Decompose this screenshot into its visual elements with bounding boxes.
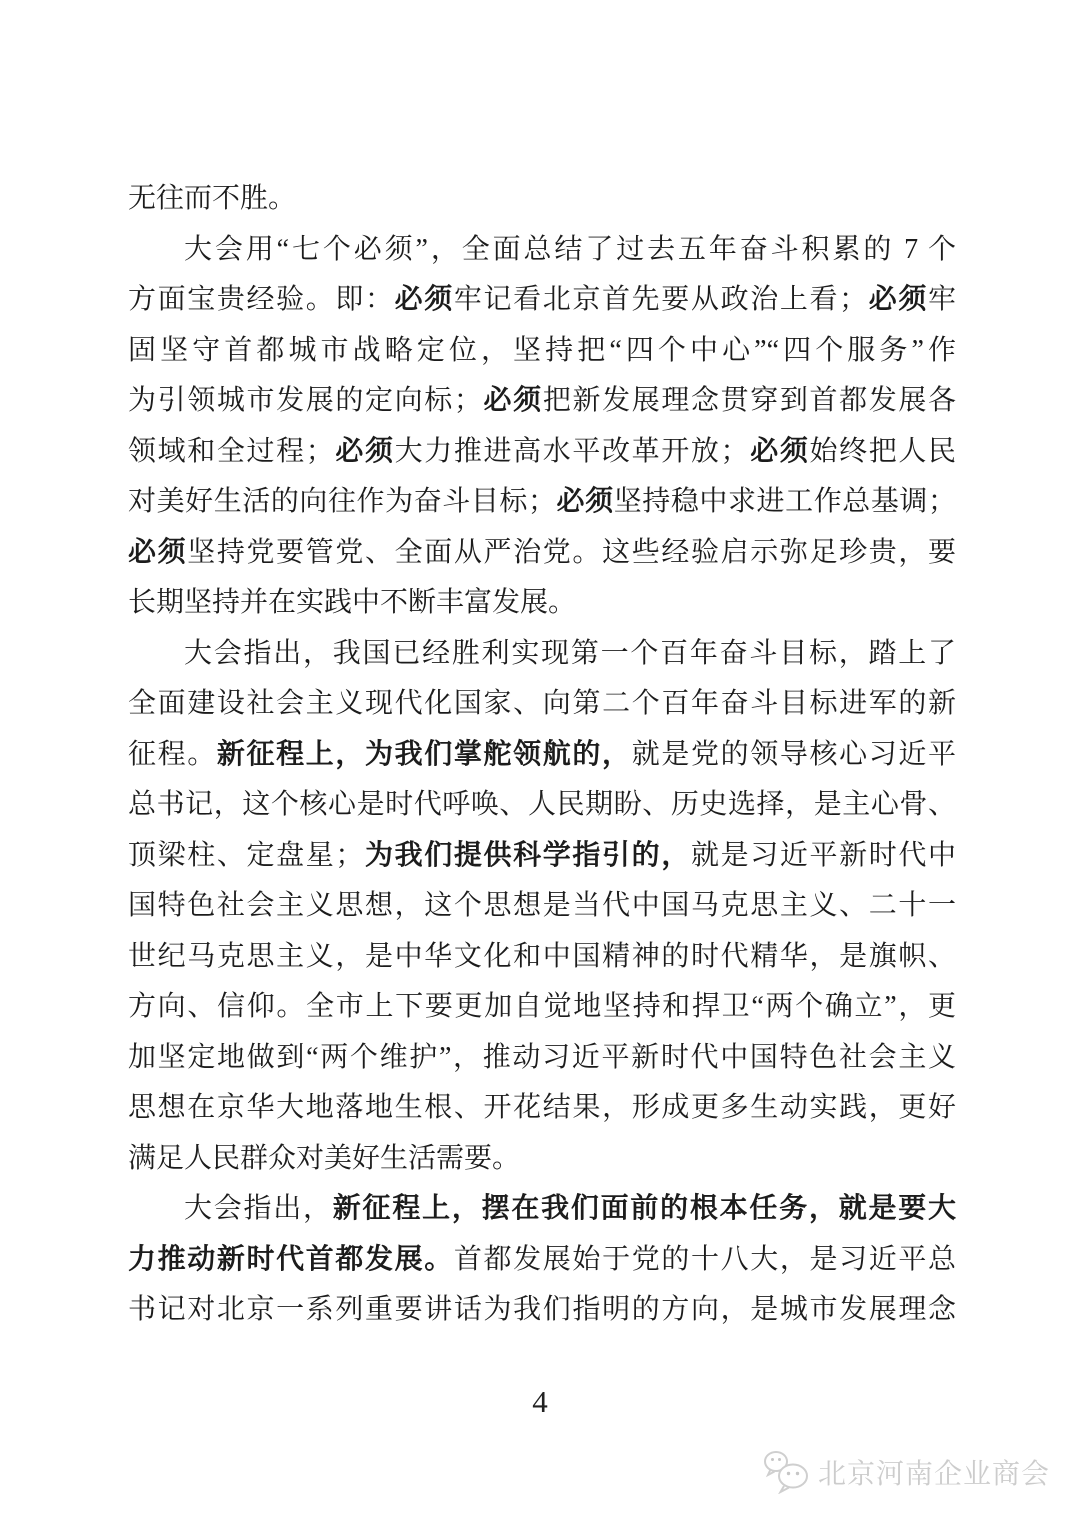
body-text: 方面宝贵经验。即： [128,284,395,315]
body-text: 把新发展理念贯穿到首都发展各 [543,385,956,416]
body-text: 牢 [928,284,956,315]
body-text: 全面建设社会主义现代化国家、向第二个百年奋斗目标进军的新 [128,688,956,719]
text-line: 世纪马克思主义，是中华文化和中国精神的时代精华，是旗帜、 [128,932,956,983]
body-text: 顶梁柱、定盘星； [128,840,363,871]
body-text: 领域和全过程； [128,436,334,467]
body-text: 牢记看北京首先要从政治上看； [454,284,867,315]
text-line: 征程。新征程上，为我们掌舵领航的，就是党的领导核心习近平 [128,730,956,781]
body-text: 无往而不胜。 [128,183,296,214]
body-text: 方向、信仰。全市上下要更加自觉地坚持和捍卫“两个确立”，更 [128,991,956,1022]
emphasis-text: 为我们提供科学指引的， [363,840,691,871]
body-text: 长期坚持并在实践中不断丰富发展。 [128,587,576,618]
body-text: 固坚守首都城市战略定位，坚持把“四个中心”“四个服务”作 [128,335,956,366]
body-text: 坚持稳中求进工作总基调； [614,486,956,517]
body-text: 思想在京华大地落地生根、开花结果，形成更多生动实践，更好 [128,1092,956,1123]
emphasis-text: 新征程上，为我们掌舵领航的， [217,739,632,770]
emphasis-text: 必须 [395,284,454,315]
document-page: 无往而不胜。大会用“七个必须”，全面总结了过去五年奋斗积累的 7 个方面宝贵经验… [0,0,1080,1527]
emphasis-text: 力推动新时代首都发展。 [128,1244,454,1275]
emphasis-text: 必须 [867,284,928,315]
body-text: 就是党的领导核心习近平 [632,739,956,770]
body-text: 满足人民群众对美好生活需要。 [128,1143,520,1174]
text-line: 加坚定地做到“两个维护”，推动习近平新时代中国特色社会主义 [128,1033,956,1084]
body-text: 始终把人民 [809,436,956,467]
text-line: 固坚守首都城市战略定位，坚持把“四个中心”“四个服务”作 [128,326,956,377]
watermark-label: 北京河南企业商会 [818,1452,1050,1492]
emphasis-text: 新征程上，摆在我们面前的根本任务，就是要大 [333,1193,956,1224]
text-line: 顶梁柱、定盘星；为我们提供科学指引的，就是习近平新时代中 [128,831,956,882]
text-line: 必须坚持党要管党、全面从严治党。这些经验启示弥足珍贵，要 [128,528,956,579]
body-text: 大会指出， [184,1193,333,1224]
text-line: 书记对北京一系列重要讲话为我们指明的方向，是城市发展理念 [128,1285,956,1336]
body-text: 就是习近平新时代中 [691,840,956,871]
body-text: 为引领城市发展的定向标； [128,385,482,416]
text-line: 对美好生活的向往作为奋斗目标；必须坚持稳中求进工作总基调； [128,477,956,528]
text-line: 大会用“七个必须”，全面总结了过去五年奋斗积累的 7 个 [128,225,956,276]
body-text: 对美好生活的向往作为奋斗目标； [128,486,556,517]
body-text: 书记对北京一系列重要讲话为我们指明的方向，是城市发展理念 [128,1294,956,1325]
document-body: 无往而不胜。大会用“七个必须”，全面总结了过去五年奋斗积累的 7 个方面宝贵经验… [128,174,956,1336]
text-line: 大会指出，新征程上，摆在我们面前的根本任务，就是要大 [128,1184,956,1235]
body-text: 国特色社会主义思想，这个思想是当代中国马克思主义、二十一 [128,890,956,921]
text-line: 长期坚持并在实践中不断丰富发展。 [128,578,956,629]
wechat-icon [763,1450,811,1494]
body-text: 坚持党要管党、全面从严治党。这些经验启示弥足珍贵，要 [187,537,956,568]
text-line: 思想在京华大地落地生根、开花结果，形成更多生动实践，更好 [128,1083,956,1134]
text-line: 总书记，这个核心是时代呼唤、人民期盼、历史选择，是主心骨、 [128,780,956,831]
body-text: 大会用“七个必须”，全面总结了过去五年奋斗积累的 7 个 [184,234,956,265]
text-line: 方面宝贵经验。即：必须牢记看北京首先要从政治上看；必须牢 [128,275,956,326]
emphasis-text: 必须 [334,436,395,467]
text-line: 满足人民群众对美好生活需要。 [128,1134,956,1185]
text-line: 大会指出，我国已经胜利实现第一个百年奋斗目标，踏上了 [128,629,956,680]
body-text: 征程。 [128,739,217,770]
text-line: 为引领城市发展的定向标；必须把新发展理念贯穿到首都发展各 [128,376,956,427]
emphasis-text: 必须 [128,537,187,568]
body-text: 大力推进高水平改革开放； [395,436,749,467]
text-line: 力推动新时代首都发展。首都发展始于党的十八大，是习近平总 [128,1235,956,1286]
body-text: 世纪马克思主义，是中华文化和中国精神的时代精华，是旗帜、 [128,941,956,972]
emphasis-text: 必须 [482,385,543,416]
body-text: 首都发展始于党的十八大，是习近平总 [454,1244,956,1275]
emphasis-text: 必须 [556,486,614,517]
body-text: 大会指出，我国已经胜利实现第一个百年奋斗目标，踏上了 [184,638,956,669]
text-line: 领域和全过程；必须大力推进高水平改革开放；必须始终把人民 [128,427,956,478]
page-number: 4 [0,1384,1080,1420]
body-text: 加坚定地做到“两个维护”，推动习近平新时代中国特色社会主义 [128,1042,956,1073]
text-line: 国特色社会主义思想，这个思想是当代中国马克思主义、二十一 [128,881,956,932]
emphasis-text: 必须 [749,436,810,467]
text-line: 无往而不胜。 [128,174,956,225]
watermark: 北京河南企业商会 [763,1450,1050,1494]
text-line: 方向、信仰。全市上下要更加自觉地坚持和捍卫“两个确立”，更 [128,982,956,1033]
body-text: 总书记，这个核心是时代呼唤、人民期盼、历史选择，是主心骨、 [128,789,956,820]
text-line: 全面建设社会主义现代化国家、向第二个百年奋斗目标进军的新 [128,679,956,730]
